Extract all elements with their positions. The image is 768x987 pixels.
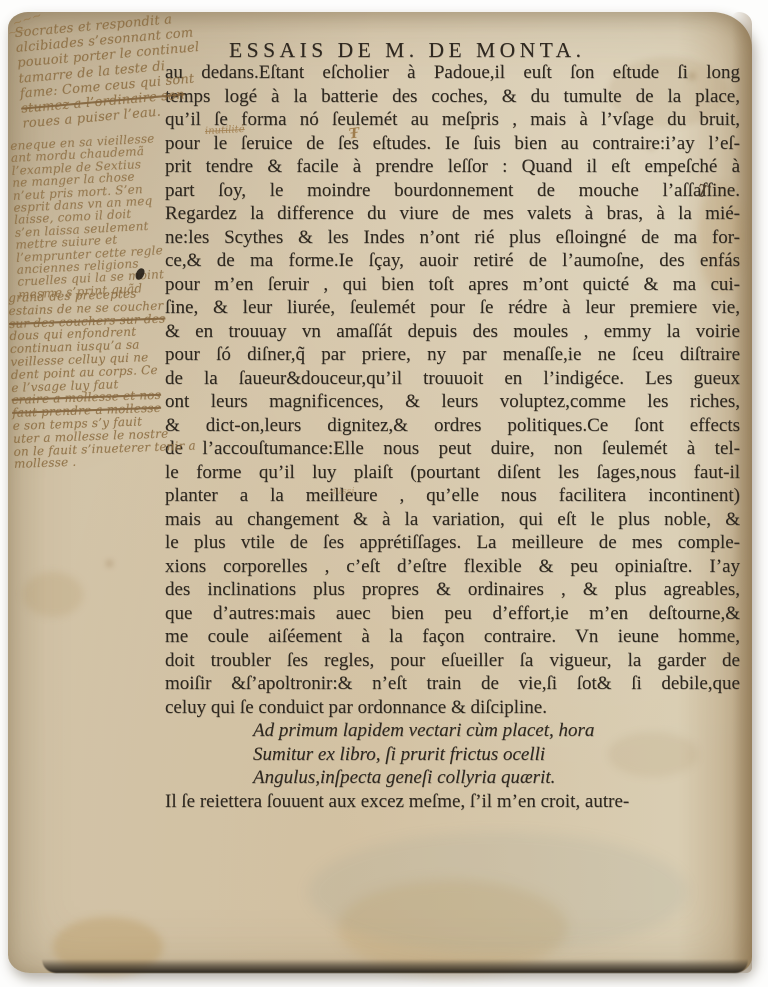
body-line: part ſoy, le moindre bourdonnement de mo…: [165, 179, 740, 203]
book-page: ESSAIS DE M. DE MONTA. au dedans.Eſtant …: [8, 12, 752, 973]
body-line: doit troubler ſes regles, pour eſueiller…: [165, 649, 740, 673]
page-title: ESSAIS DE M. DE MONTA.: [229, 38, 586, 63]
body-line: ſine, & leur liurée, ſeulemét pour ſe ré…: [165, 296, 740, 320]
body-line: Regardez la difference du viure de mes v…: [165, 202, 740, 226]
body-line: le plus vtile de ſes apprétiſſages. La m…: [165, 531, 740, 555]
body-line: me coule aiſéement à la façon contraire.…: [165, 625, 740, 649]
interlinear-annotation: inutilité: [205, 124, 245, 137]
body-line: ne:les Scythes & les Indes n’ont rié plu…: [165, 226, 740, 250]
body-line: que d’autres:mais auec bien peu d’effort…: [165, 602, 740, 626]
body-line: planter a la meilleure , qu’elle nous fa…: [165, 484, 740, 508]
body-line: & dict-on,leurs dignitez,& ordres politi…: [165, 414, 740, 438]
body-line: moiſir &ſ’apoltronir:& n’eſt train de vi…: [165, 672, 740, 696]
body-line: pour m’en ſeruir , qui bien toſt apres m…: [165, 273, 740, 297]
body-line: & en trouuay vn amaſſát depuis des moule…: [165, 320, 740, 344]
body-line: le forme qu’il luy plaiſt (pourtant diſe…: [165, 461, 740, 485]
body-line: au dedans.Eſtant eſcholier à Padoue,il e…: [165, 61, 740, 85]
body-line: pour ſó diſner,q̃ par priere, ny par men…: [165, 343, 740, 367]
latin-verse: Ad primum lapidem vectari cùm placet, ho…: [253, 719, 740, 790]
stain-bottom-left: [53, 917, 163, 977]
body-line: temps logé à la batterie des coches, & d…: [165, 85, 740, 109]
body-line: des inclinations plus propres & ordinair…: [165, 578, 740, 602]
printed-text-column: au dedans.Eſtant eſcholier à Padoue,il e…: [165, 61, 740, 813]
stain-left-middle: [23, 572, 83, 617]
closing-line: Il ſe reiettera ſouuent aux excez meſme,…: [165, 790, 740, 814]
body-line: pour le ſeruice de ſes eſtudes. Ie ſuis …: [165, 132, 740, 156]
cross-mark-icon: Ŧ: [348, 125, 361, 142]
body-line: ce,& de ma forme.Ie ſçay, auoir retiré d…: [165, 249, 740, 273]
body-line: xions corporelles , c’eſt d’eſtre flexib…: [165, 555, 740, 579]
fox-spot-2: [106, 560, 113, 567]
stain-bottom-center: [338, 880, 568, 975]
verse-line: Angulus,inſpecta geneſi collyria quærit.: [253, 766, 740, 790]
body-line: mais au changement & à la variation, qui…: [165, 508, 740, 532]
body-line: celuy qui ſe conduict par ordonnance & d…: [165, 696, 740, 720]
body-line: qu’il ſe forma nó ſeulemét au meſpris , …: [165, 108, 740, 132]
faint-interlinear-annotation: aussi: [330, 486, 355, 497]
body-line: de la ſaueur&douceur,qu’il trouuoit en l…: [165, 367, 740, 391]
marginalia-lower-block: grand des preceptes estains de ne se cou…: [8, 286, 197, 471]
body-line: prit tendre & facile à prendre leſſor : …: [165, 155, 740, 179]
verse-line: Sumitur ex libro, ſi prurit frictus ocel…: [253, 743, 740, 767]
marginalia-top-block: Socrates et respondit a alcibiades s’eso…: [14, 10, 205, 132]
body-line: ont leurs magnificences, & leurs volupte…: [165, 390, 740, 414]
body-line: de l’accouſtumance:Elle nous peut duire,…: [165, 437, 740, 461]
verse-line: Ad primum lapidem vectari cùm placet, ho…: [253, 719, 740, 743]
stain-showthrough: [308, 832, 688, 952]
